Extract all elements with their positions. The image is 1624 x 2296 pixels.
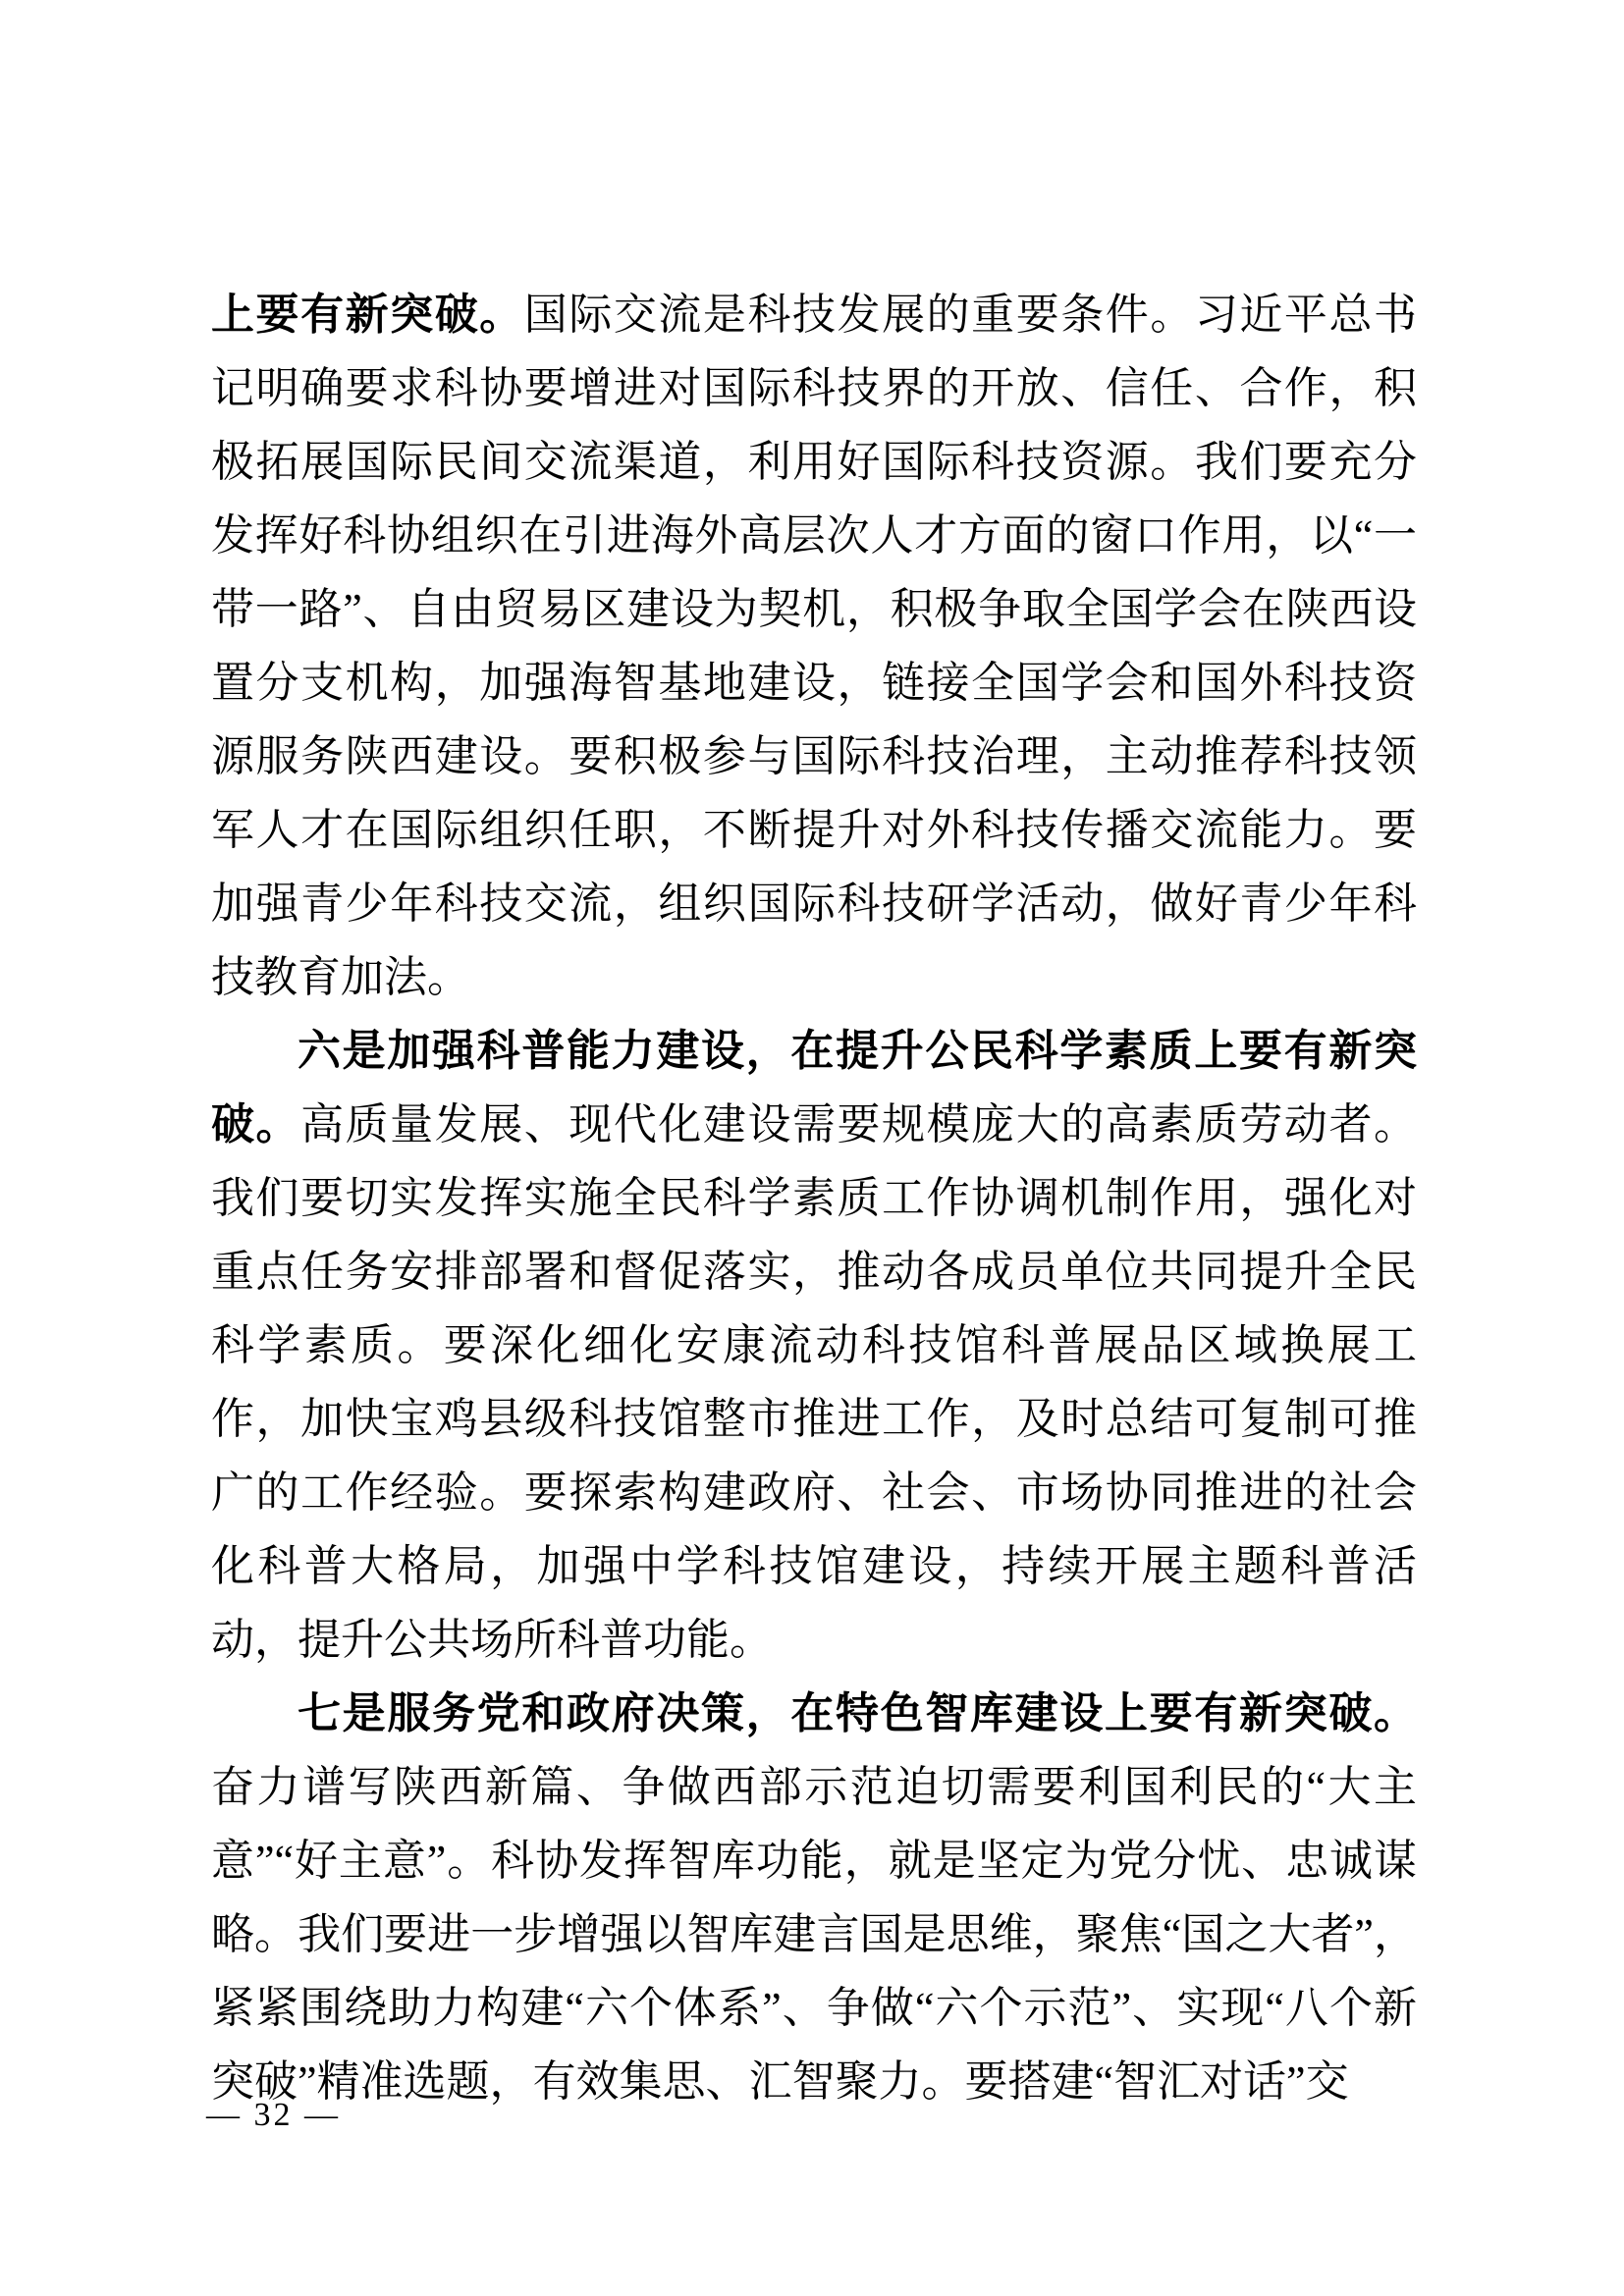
document-body: 上要有新突破。国际交流是科技发展的重要条件。习近平总书记明确要求科协要增进对国际… (211, 278, 1417, 2118)
document-page: 上要有新突破。国际交流是科技发展的重要条件。习近平总书记明确要求科协要增进对国际… (0, 0, 1624, 2296)
text-run: 高质量发展、现代化建设需要规模庞大的高素质劳动者。我们要切实发挥实施全民科学素质… (211, 1100, 1417, 1664)
page-number: — 32 — (206, 2097, 341, 2134)
paragraph: 六是加强科普能力建设，在提升公民科学素质上要有新突破。高质量发展、现代化建设需要… (211, 1014, 1417, 1677)
bold-text-run: 上要有新突破。 (211, 291, 524, 339)
paragraph: 七是服务党和政府决策，在特色智库建设上要有新突破。奋力谱写陕西新篇、争做西部示范… (211, 1677, 1417, 2118)
text-run: 奋力谱写陕西新篇、争做西部示范迫切需要利国利民的“大主意”“好主意”。科协发挥智… (211, 1763, 1417, 2106)
text-run: 国际交流是科技发展的重要条件。习近平总书记明确要求科协要增进对国际科技界的开放、… (211, 291, 1417, 1001)
paragraph: 上要有新突破。国际交流是科技发展的重要条件。习近平总书记明确要求科协要增进对国际… (211, 278, 1417, 1014)
bold-text-run: 七是服务党和政府决策，在特色智库建设上要有新突破。 (298, 1689, 1417, 1737)
